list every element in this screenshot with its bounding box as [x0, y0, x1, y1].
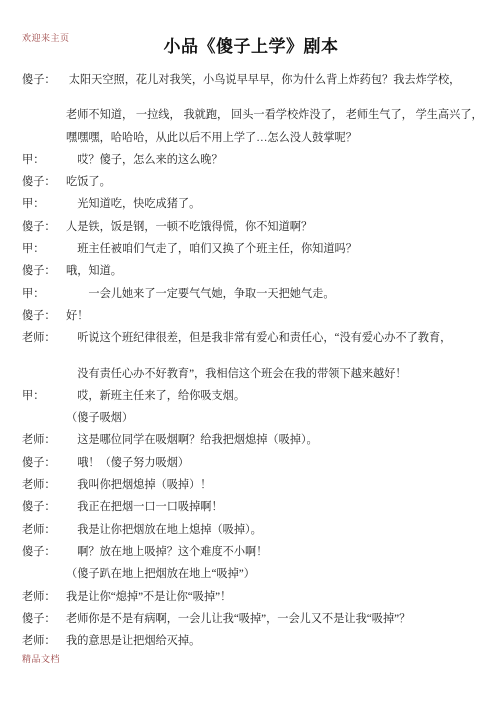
script-line: 傻子： 啊？放在地上吸掉？这个难度不小啊！: [22, 541, 480, 563]
dialogue-text: 我是让你把烟放在地上熄掉（吸掉）。: [66, 524, 262, 536]
dialogue-text: 没有责任心办不好教育”，我相信这个班会在我的带领下越来越好！: [66, 368, 407, 380]
speaker-label: 老师：: [22, 474, 66, 496]
dialogue-text: 啊？放在地上吸掉？这个难度不小啊！: [66, 546, 267, 558]
dialogue-text: 我的意思是让把烟给灭掉。: [66, 635, 200, 647]
script-line: 傻子： 哦！（傻子努力吸烟）: [22, 452, 480, 474]
script-line: 没有责任心办不好教育”，我相信这个班会在我的带领下越来越好！: [22, 363, 480, 385]
dialogue-text: 听说这个班纪律很差，但是我非常有爱心和责任心，“没有爱心办不了教育，: [66, 332, 451, 344]
dialogue-text: 老师不知道， 一拉线， 我就跑， 回头一看学校炸没了， 老师生气了， 学生高兴了…: [66, 109, 483, 121]
speaker-label: 傻子：: [22, 171, 66, 193]
dialogue-text: 好！: [66, 310, 88, 322]
script-line: 嘿嘿嘿，哈哈哈，从此以后不用上学了…怎么没人鼓掌呢？: [22, 127, 480, 149]
dialogue-text: 人是铁，饭是钢，一顿不吃饿得慌，你不知道啊？: [66, 221, 312, 233]
speaker-label: 老师：: [22, 519, 66, 541]
speaker-label: 甲：: [22, 193, 66, 215]
dialogue-text: 太阳天空照，花儿对我笑，小鸟说早早早，你为什么背上炸药包？我去炸学校，: [66, 74, 460, 86]
script-line: 甲： 一会儿她来了一定要气气她，争取一天把她气走。: [22, 283, 480, 305]
script-body: 傻子： 太阳天空照，花儿对我笑，小鸟说早早早，你为什么背上炸药包？我去炸学校，老…: [22, 69, 480, 652]
script-line: 甲： 班主任被咱们气走了，咱们又换了个班主任，你知道吗？: [22, 238, 480, 260]
page-title: 小品《傻子上学》剧本: [22, 36, 480, 58]
dialogue-text: 哎，新班主任来了，给你吸支烟。: [66, 390, 245, 402]
speaker-label: 傻子：: [22, 496, 66, 518]
script-line: 甲： 光知道吃，快吃成猪了。: [22, 193, 480, 215]
script-line: 老师不知道， 一拉线， 我就跑， 回头一看学校炸没了， 老师生气了， 学生高兴了…: [22, 104, 480, 126]
dialogue-text: 哦！（傻子努力吸烟）: [66, 457, 189, 469]
speaker-label: 甲：: [22, 149, 66, 171]
script-line: 傻子：人是铁，饭是钢，一顿不吃饿得慌，你不知道啊？: [22, 216, 480, 238]
script-line: 甲： 哎，新班主任来了，给你吸支烟。: [22, 385, 480, 407]
script-line: 老师： 这是哪位同学在吸烟啊？给我把烟熄掉（吸掉）。: [22, 429, 480, 451]
quality-doc-note: 精品文档: [22, 654, 60, 665]
script-line: （傻子吸烟）: [22, 407, 480, 429]
dialogue-text: （傻子趴在地上把烟放在地上“吸掉”）: [66, 568, 255, 580]
script-line: （傻子趴在地上把烟放在地上“吸掉”）: [22, 563, 480, 585]
dialogue-text: 哦，知道。: [66, 265, 122, 277]
speaker-label: 傻子：: [22, 305, 66, 327]
speaker-label: 傻子：: [22, 216, 66, 238]
script-line: 老师： 听说这个班纪律很差，但是我非常有爱心和责任心，“没有爱心办不了教育，: [22, 327, 480, 349]
speaker-label: 傻子：: [22, 608, 66, 630]
speaker-label: 傻子：: [22, 541, 66, 563]
script-line: 傻子：哦，知道。: [22, 260, 480, 282]
script-line: 傻子： 太阳天空照，花儿对我笑，小鸟说早早早，你为什么背上炸药包？我去炸学校，: [22, 69, 480, 91]
dialogue-text: 嘿嘿嘿，哈哈哈，从此以后不用上学了…怎么没人鼓掌呢？: [66, 132, 357, 144]
script-line: 傻子： 我正在把烟一口一口吸掉啊！: [22, 496, 480, 518]
script-line: 老师：我是让你“熄掉”不是让你“吸掉”！: [22, 586, 480, 608]
dialogue-text: 我是让你“熄掉”不是让你“吸掉”！: [66, 591, 231, 603]
document-page: 欢迎来主页 小品《傻子上学》剧本 傻子： 太阳天空照，花儿对我笑，小鸟说早早早，…: [0, 0, 500, 708]
script-line: 甲： 哎？傻子，怎么来的这么晚？: [22, 149, 480, 171]
speaker-label: 甲：: [22, 238, 66, 260]
script-line: 老师：我的意思是让把烟给灭掉。: [22, 630, 480, 652]
script-line: 傻子：吃饭了。: [22, 171, 480, 193]
speaker-label: 傻子：: [22, 69, 66, 91]
welcome-home-note: 欢迎来主页: [22, 33, 70, 44]
dialogue-text: 班主任被咱们气走了，咱们又换了个班主任，你知道吗？: [66, 243, 357, 255]
speaker-label: 老师：: [22, 586, 66, 608]
dialogue-text: 我正在把烟一口一口吸掉啊！: [66, 501, 223, 513]
speaker-label: 老师：: [22, 429, 66, 451]
dialogue-text: 吃饭了。: [66, 176, 111, 188]
dialogue-text: 这是哪位同学在吸烟啊？给我把烟熄掉（吸掉）。: [66, 434, 318, 446]
script-line: 傻子：好！: [22, 305, 480, 327]
script-line: 傻子：老师你是不是有病啊，一会儿让我“吸掉”，一会儿又不是让我“吸掉”？: [22, 608, 480, 630]
script-line: 老师： 我是让你把烟放在地上熄掉（吸掉）。: [22, 519, 480, 541]
speaker-label: 傻子：: [22, 260, 66, 282]
dialogue-text: 老师你是不是有病啊，一会儿让我“吸掉”，一会儿又不是让我“吸掉”？: [66, 613, 410, 625]
dialogue-text: 一会儿她来了一定要气气她，争取一天把她气走。: [66, 288, 335, 300]
speaker-label: 老师：: [22, 327, 66, 349]
script-line: 老师： 我叫你把烟熄掉（吸掉）！: [22, 474, 480, 496]
speaker-label: 老师：: [22, 630, 66, 652]
speaker-label: 甲：: [22, 283, 66, 305]
speaker-label: 傻子：: [22, 452, 66, 474]
dialogue-text: 我叫你把烟熄掉（吸掉）！: [66, 479, 211, 491]
dialogue-text: （傻子吸烟）: [66, 412, 133, 424]
dialogue-text: 光知道吃，快吃成猪了。: [66, 198, 200, 210]
dialogue-text: 哎？傻子，怎么来的这么晚？: [66, 154, 223, 166]
speaker-label: 甲：: [22, 385, 66, 407]
